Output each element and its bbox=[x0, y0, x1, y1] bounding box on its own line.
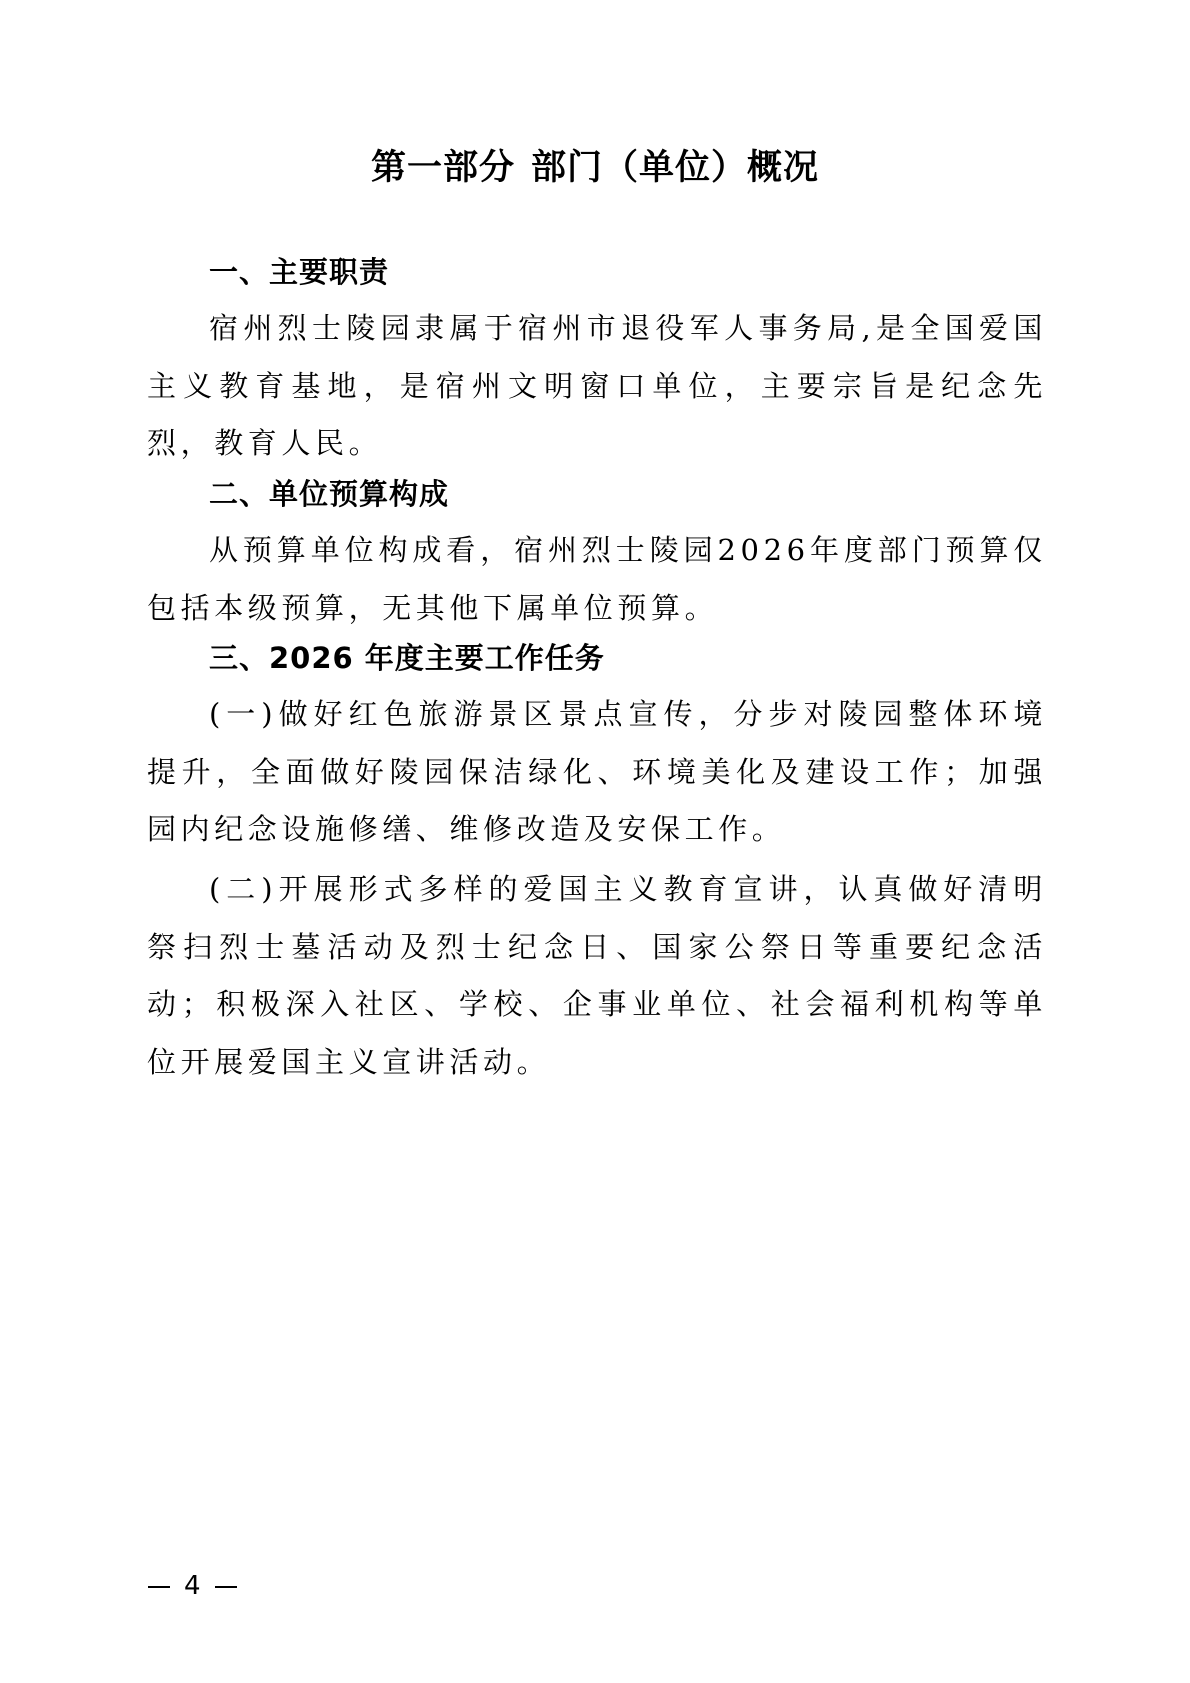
section-heading-budget-structure: 二、单位预算构成 bbox=[209, 474, 449, 514]
paragraph-budget-structure: 从预算单位构成看，宿州烈士陵园2026年度部门预算仅包括本级预算，无其他下属单位… bbox=[147, 522, 1047, 637]
section-heading-duties: 一、主要职责 bbox=[209, 252, 389, 292]
page-title: 第一部分部门（单位）概况 bbox=[0, 146, 1190, 190]
title-part: 第一部分 bbox=[371, 147, 515, 188]
footer-dash-left bbox=[148, 1586, 170, 1588]
page-footer: 4 bbox=[148, 1570, 237, 1602]
paragraph-task-2: (二)开展形式多样的爱国主义教育宣讲，认真做好清明祭扫烈士墓活动及烈士纪念日、国… bbox=[147, 861, 1047, 1091]
title-main: 部门（单位）概况 bbox=[531, 147, 819, 188]
page-number: 4 bbox=[184, 1570, 201, 1602]
paragraph-task-1: (一)做好红色旅游景区景点宣传，分步对陵园整体环境提升，全面做好陵园保洁绿化、环… bbox=[147, 686, 1047, 859]
footer-dash-right bbox=[215, 1586, 237, 1588]
paragraph-duties: 宿州烈士陵园隶属于宿州市退役军人事务局,是全国爱国主义教育基地，是宿州文明窗口单… bbox=[147, 300, 1047, 473]
section-heading-work-tasks: 三、2026 年度主要工作任务 bbox=[209, 638, 605, 678]
